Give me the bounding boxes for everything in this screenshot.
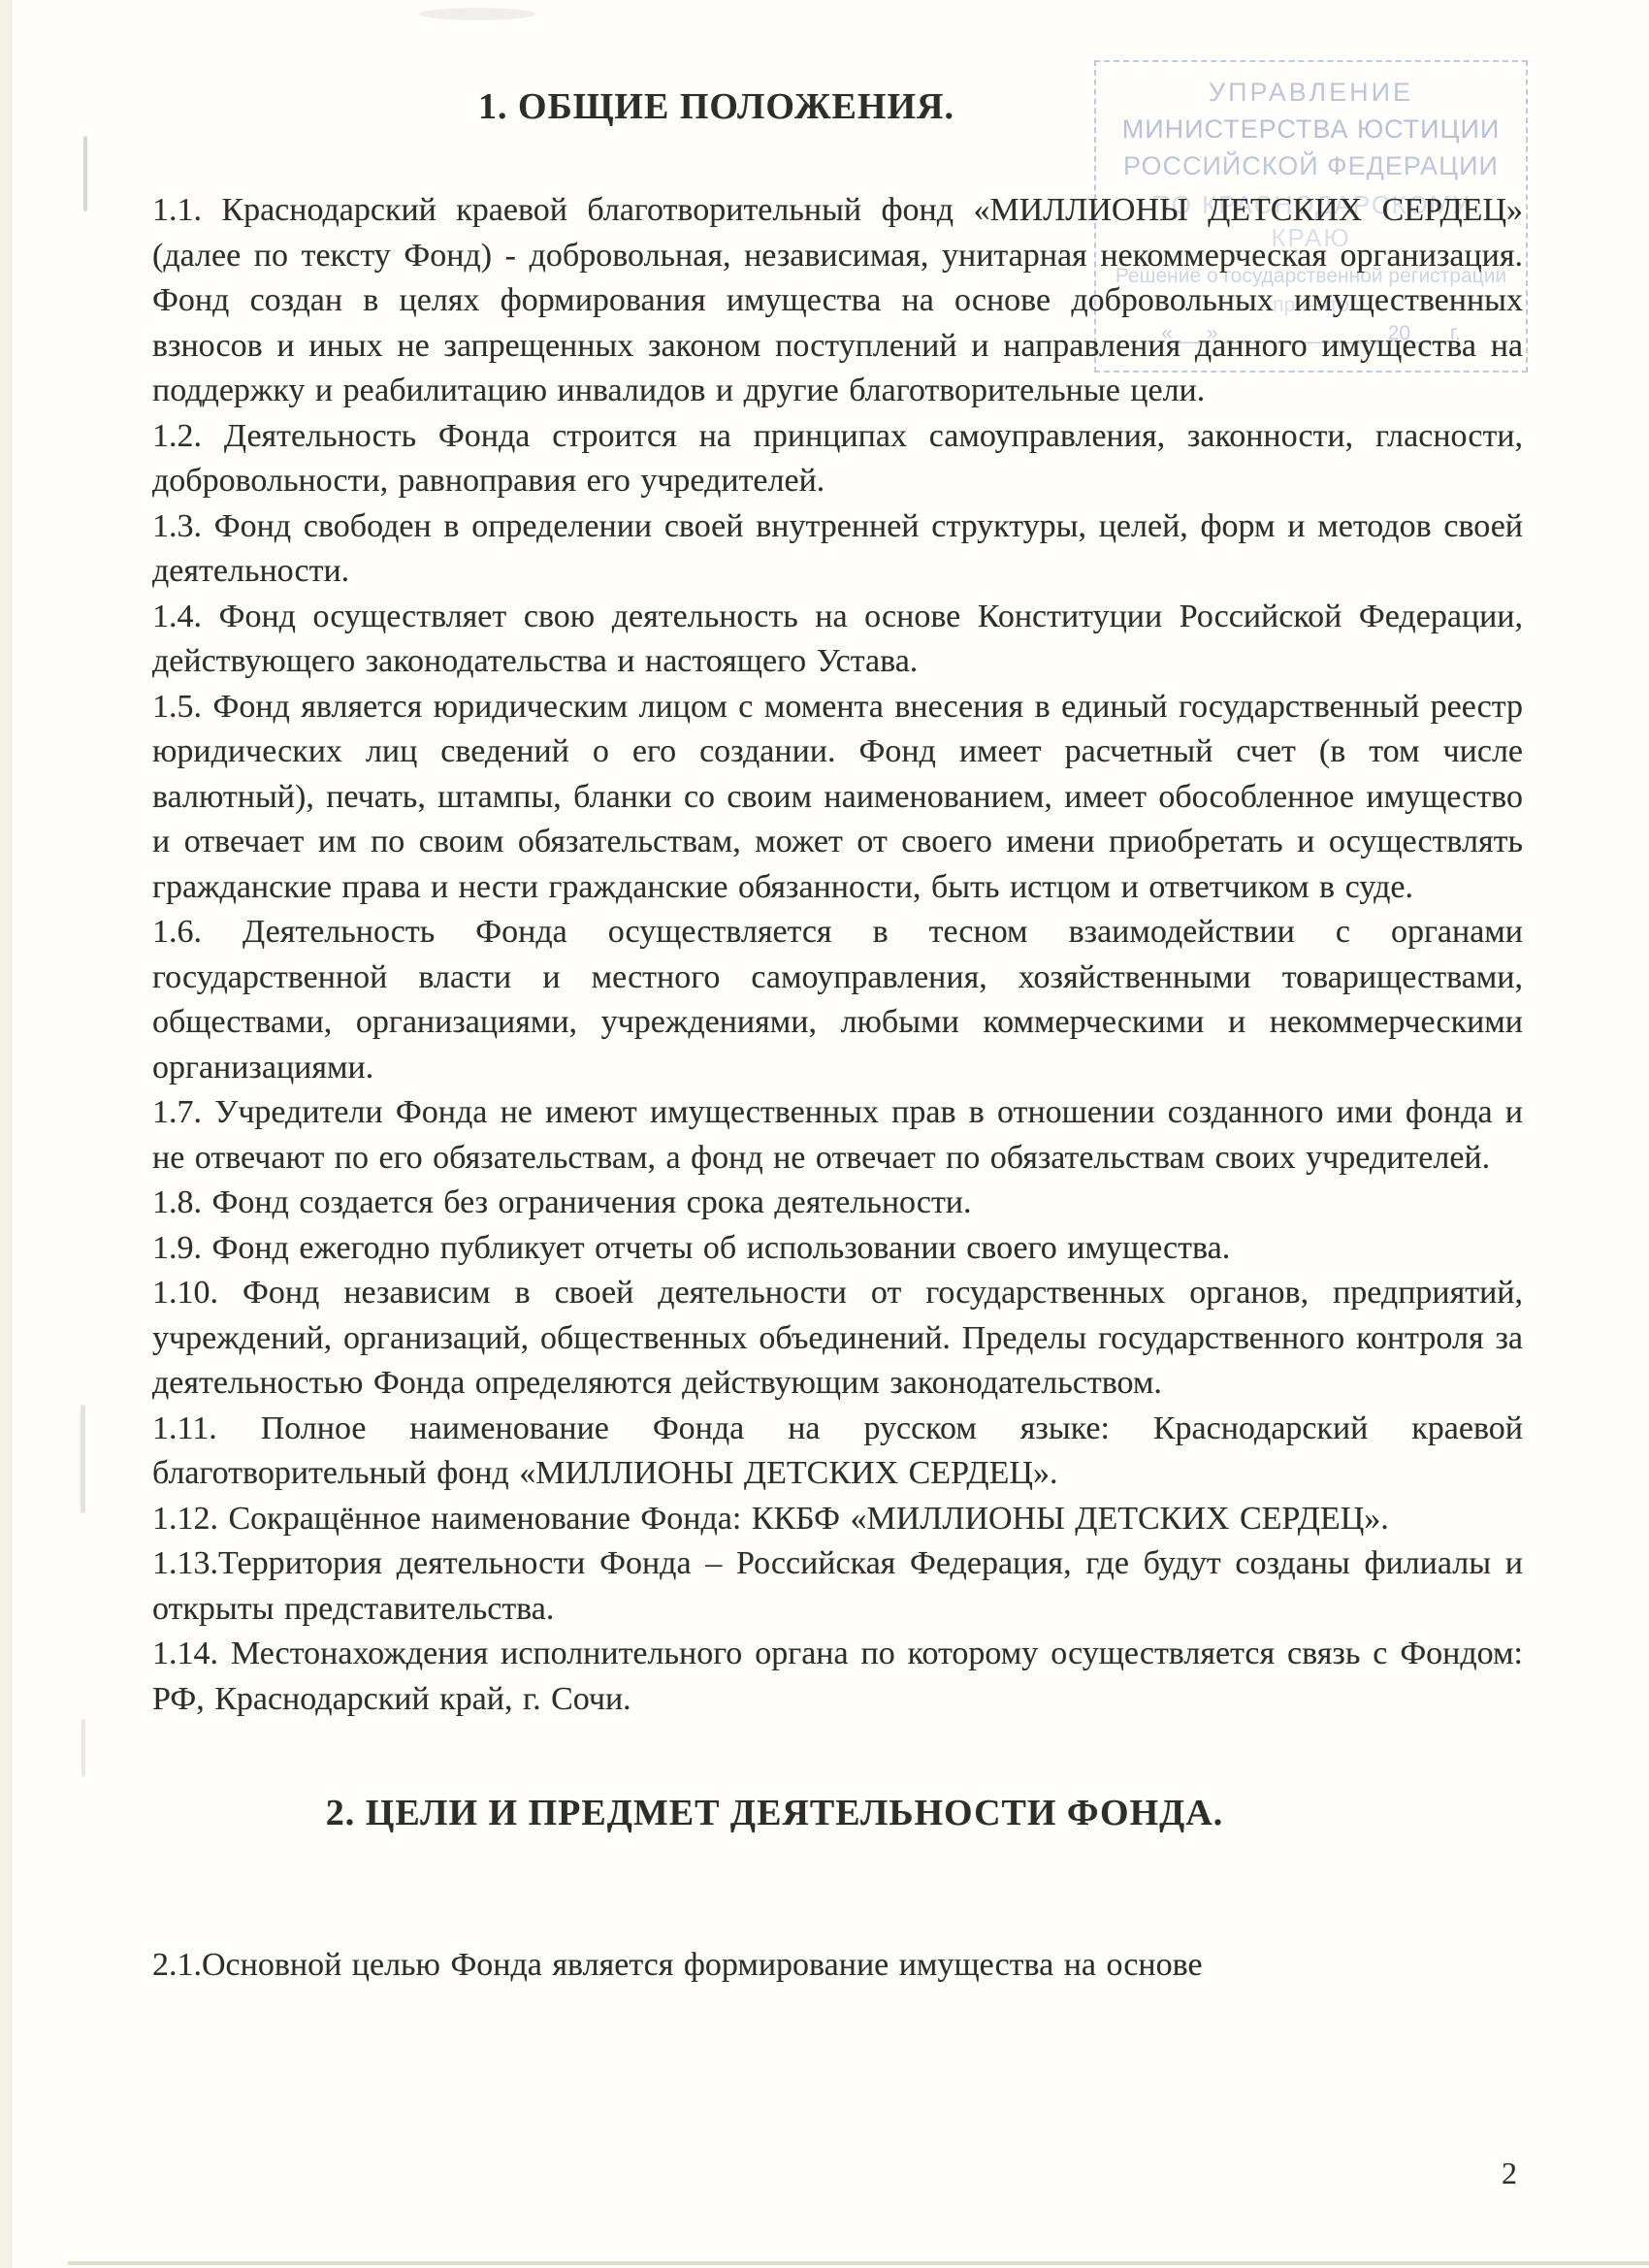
paragraph: 1.4. Фонд осуществляет свою деятельность… [152, 595, 1523, 685]
scan-edge-bottom [68, 2261, 1649, 2265]
page-number: 2 [1502, 2155, 1517, 2191]
section-2-heading: 2. ЦЕЛИ И ПРЕДМЕТ ДЕЯТЕЛЬНОСТИ ФОНДА. [152, 1792, 1523, 1834]
paragraph: 2.1.Основной целью Фонда является формир… [152, 1943, 1523, 1989]
paragraph: 1.5. Фонд является юридическим лицом с м… [152, 685, 1523, 911]
scan-artifact [419, 8, 535, 20]
section-2-paragraphs: 2.1.Основной целью Фонда является формир… [152, 1943, 1523, 1989]
paragraph: 1.2. Деятельность Фонда строится на прин… [152, 414, 1523, 504]
paragraph: 1.14. Местонахождения исполнительного ор… [152, 1632, 1523, 1722]
scan-artifact [81, 1405, 85, 1513]
paragraph: 1.10. Фонд независим в своей деятельност… [152, 1271, 1523, 1407]
section-1-heading: 1. ОБЩИЕ ПОЛОЖЕНИЯ. [152, 85, 1523, 128]
scan-edge-left [0, 0, 13, 2268]
scan-artifact [83, 136, 87, 211]
paragraph: 1.11. Полное наименование Фонда на русск… [152, 1407, 1523, 1497]
paragraph: 1.13.Территория деятельности Фонда – Рос… [152, 1541, 1523, 1632]
paragraph: 1.3. Фонд свободен в определении своей в… [152, 504, 1523, 595]
paragraph: 1.7. Учредители Фонда не имеют имуществе… [152, 1090, 1523, 1181]
paragraph: 1.1. Краснодарский краевой благотворител… [152, 188, 1523, 414]
scan-artifact [81, 1719, 85, 1777]
paragraph: 1.8. Фонд создается без ограничения срок… [152, 1181, 1523, 1226]
paragraph: 1.12. Сокращённое наименование Фонда: КК… [152, 1497, 1523, 1542]
document-content: 1. ОБЩИЕ ПОЛОЖЕНИЯ. 1.1. Краснодарский к… [152, 85, 1523, 1989]
document-page: УПРАВЛЕНИЕМИНИСТЕРСТВА ЮСТИЦИИРОССИЙСКОЙ… [0, 0, 1649, 2268]
paragraph: 1.6. Деятельность Фонда осуществляется в… [152, 910, 1523, 1090]
section-1-paragraphs: 1.1. Краснодарский краевой благотворител… [152, 188, 1523, 1722]
paragraph: 1.9. Фонд ежегодно публикует отчеты об и… [152, 1226, 1523, 1272]
